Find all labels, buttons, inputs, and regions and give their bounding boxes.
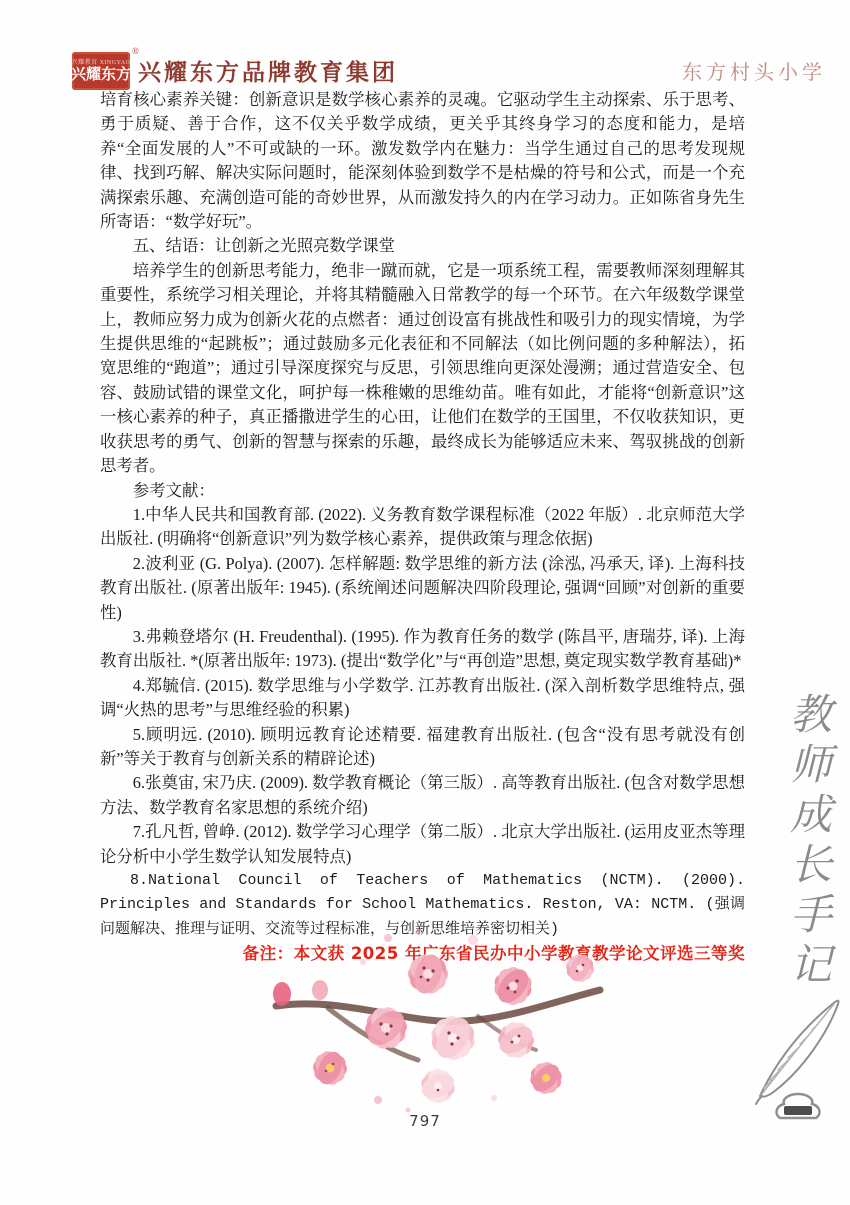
school-name: 东方村头小学	[682, 56, 826, 85]
document-page: 兴耀教育 XINGYAO 兴耀东方 ® 兴耀东方品牌教育集团 东方村头小学 培育…	[0, 0, 850, 1205]
references-title: 参考文献：	[100, 479, 745, 503]
seal-main-text: 兴耀东方	[71, 67, 131, 82]
reference-item-5: 5.顾明远. (2010). 顾明远教育论述精要. 福建教育出版社. (包含“没…	[100, 723, 745, 772]
paragraph-conclusion: 培养学生的创新思考能力，绝非一蹴而就，它是一项系统工程，需要教师深刻理解其重要性…	[100, 259, 745, 479]
brand-title: 兴耀东方品牌教育集团	[138, 54, 398, 87]
paragraph-core-literacy: 培育核心素养关键：创新意识是数学核心素养的灵魂。它驱动学生主动探索、乐于思考、勇…	[100, 88, 745, 234]
document-body: 培育核心素养关键：创新意识是数学核心素养的灵魂。它驱动学生主动探索、乐于思考、勇…	[100, 88, 745, 967]
reference-item-1: 1.中华人民共和国教育部. (2022). 义务教育数学课程标准（2022 年版…	[100, 503, 745, 552]
xingyao-seal-logo: 兴耀教育 XINGYAO 兴耀东方	[72, 52, 130, 90]
cherry-blossom-watercolor-icon	[268, 928, 608, 1120]
page-number: 797	[0, 1112, 850, 1130]
reference-item-6: 6.张奠宙, 宋乃庆. (2009). 数学教育概论（第三版）. 高等教育出版社…	[100, 771, 745, 820]
reference-item-2: 2.波利亚 (G. Polya). (2007). 怎样解题: 数学思维的新方法…	[100, 552, 745, 625]
section-heading-conclusion: 五、结语：让创新之光照亮数学课堂	[100, 234, 745, 258]
reference-item-4: 4.郑毓信. (2015). 数学思维与小学数学. 江苏教育出版社. (深入剖析…	[100, 674, 745, 723]
side-calligraphy-label: 教师成长手记	[778, 692, 838, 992]
reference-item-7: 7.孔凡哲, 曾峥. (2012). 数学学习心理学（第二版）. 北京大学出版社…	[100, 820, 745, 869]
reference-item-3: 3.弗赖登塔尔 (H. Freudenthal). (1995). 作为教育任务…	[100, 625, 745, 674]
quill-and-ink-icon	[742, 992, 848, 1128]
